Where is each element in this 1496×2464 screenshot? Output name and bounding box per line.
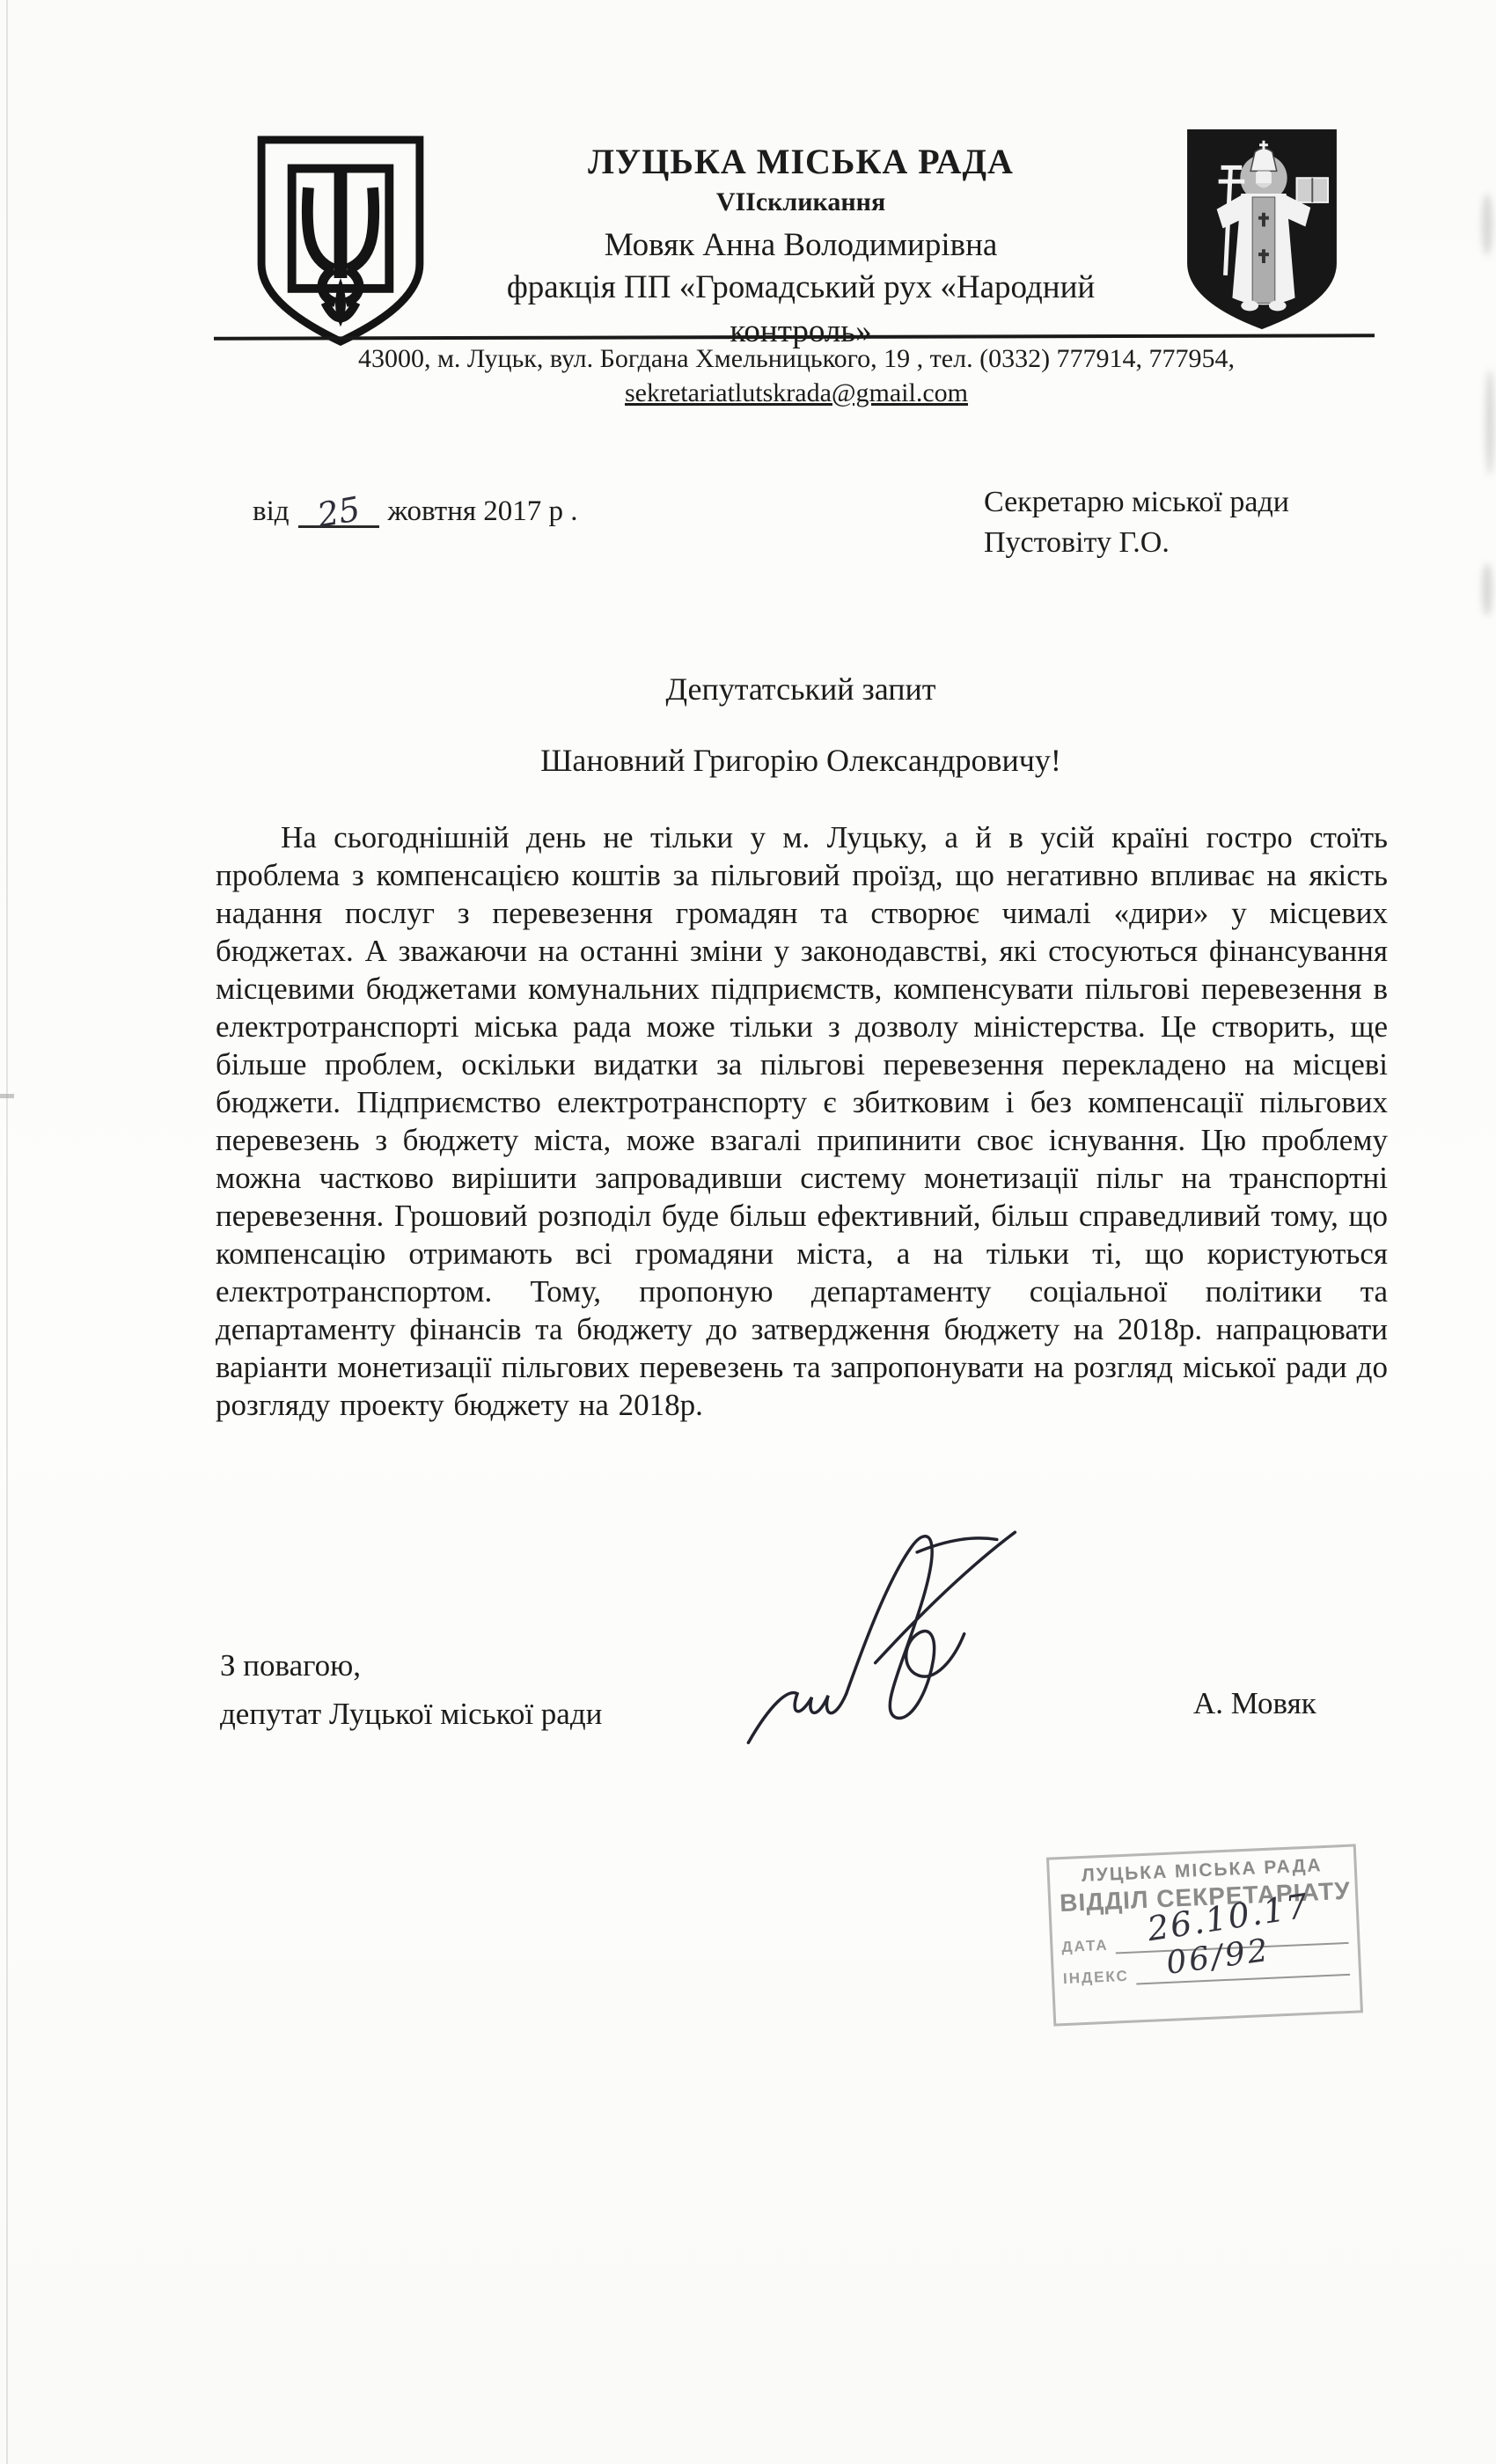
ukraine-trident-icon xyxy=(253,132,429,354)
address-line: 43000, м. Луцьк, вул. Богдана Хмельницьк… xyxy=(211,344,1382,374)
signer-name: А. Мовяк xyxy=(1193,1686,1316,1721)
org-name: ЛУЦЬКА МІСЬКА РАДА xyxy=(414,141,1188,182)
salutation: Шановний Григорію Олександровичу! xyxy=(216,742,1386,779)
closing-phrase: З повагою, xyxy=(220,1648,361,1683)
scanned-letter-page: ЛУЦЬКА МІСЬКА РАДА VIIскликання Мовяк Ан… xyxy=(0,0,1496,2464)
letterhead-text: ЛУЦЬКА МІСЬКА РАДА VIIскликання Мовяк Ан… xyxy=(414,141,1188,352)
office-stamp: ЛУЦЬКА МІСЬКА РАДА ВІДДІЛ СЕКРЕТАРІАТУ Д… xyxy=(1046,1844,1363,2026)
faction-line-1: фракція ПП «Громадський рух «Народний xyxy=(414,268,1188,308)
lutsk-coat-of-arms-icon xyxy=(1184,126,1340,339)
handwritten-signature-icon xyxy=(739,1527,1030,1767)
signer-role: депутат Луцької міської ради xyxy=(220,1697,602,1732)
stamp-index-label: ІНДЕКС xyxy=(1063,1968,1130,1988)
scan-smudge xyxy=(1482,563,1492,616)
scan-smudge xyxy=(1482,194,1492,255)
scan-edge-line xyxy=(6,0,8,2464)
date-day-handwritten: 25 xyxy=(315,489,363,535)
addressee-role: Секретарю міської ради xyxy=(984,482,1289,523)
addressee-block: Секретарю міської ради Пустовіту Г.О. xyxy=(984,482,1289,563)
deputy-name: Мовяк Анна Володимирівна xyxy=(414,226,1188,264)
address-block: 43000, м. Луцьк, вул. Богдана Хмельницьк… xyxy=(211,344,1382,408)
convocation: VIIскликання xyxy=(414,187,1188,217)
date-day-underline: 25 xyxy=(298,489,379,528)
scan-smudge xyxy=(0,1094,14,1098)
email-text: sekretariatlutskrada@gmail.com xyxy=(625,378,968,408)
letter-title: Депутатський запит xyxy=(216,671,1386,708)
date-rest: жовтня 2017 р . xyxy=(388,495,578,527)
addressee-name: Пустовіту Г.О. xyxy=(984,523,1289,563)
date-prefix: від xyxy=(253,495,290,527)
stamp-date-label: ДАТА xyxy=(1061,1937,1109,1956)
scan-smudge xyxy=(1485,370,1494,475)
date-line: від25жовтня 2017 р . xyxy=(253,489,578,528)
letter-body-paragraph: На сьогоднішній день не тільки у м. Луць… xyxy=(216,818,1388,1424)
